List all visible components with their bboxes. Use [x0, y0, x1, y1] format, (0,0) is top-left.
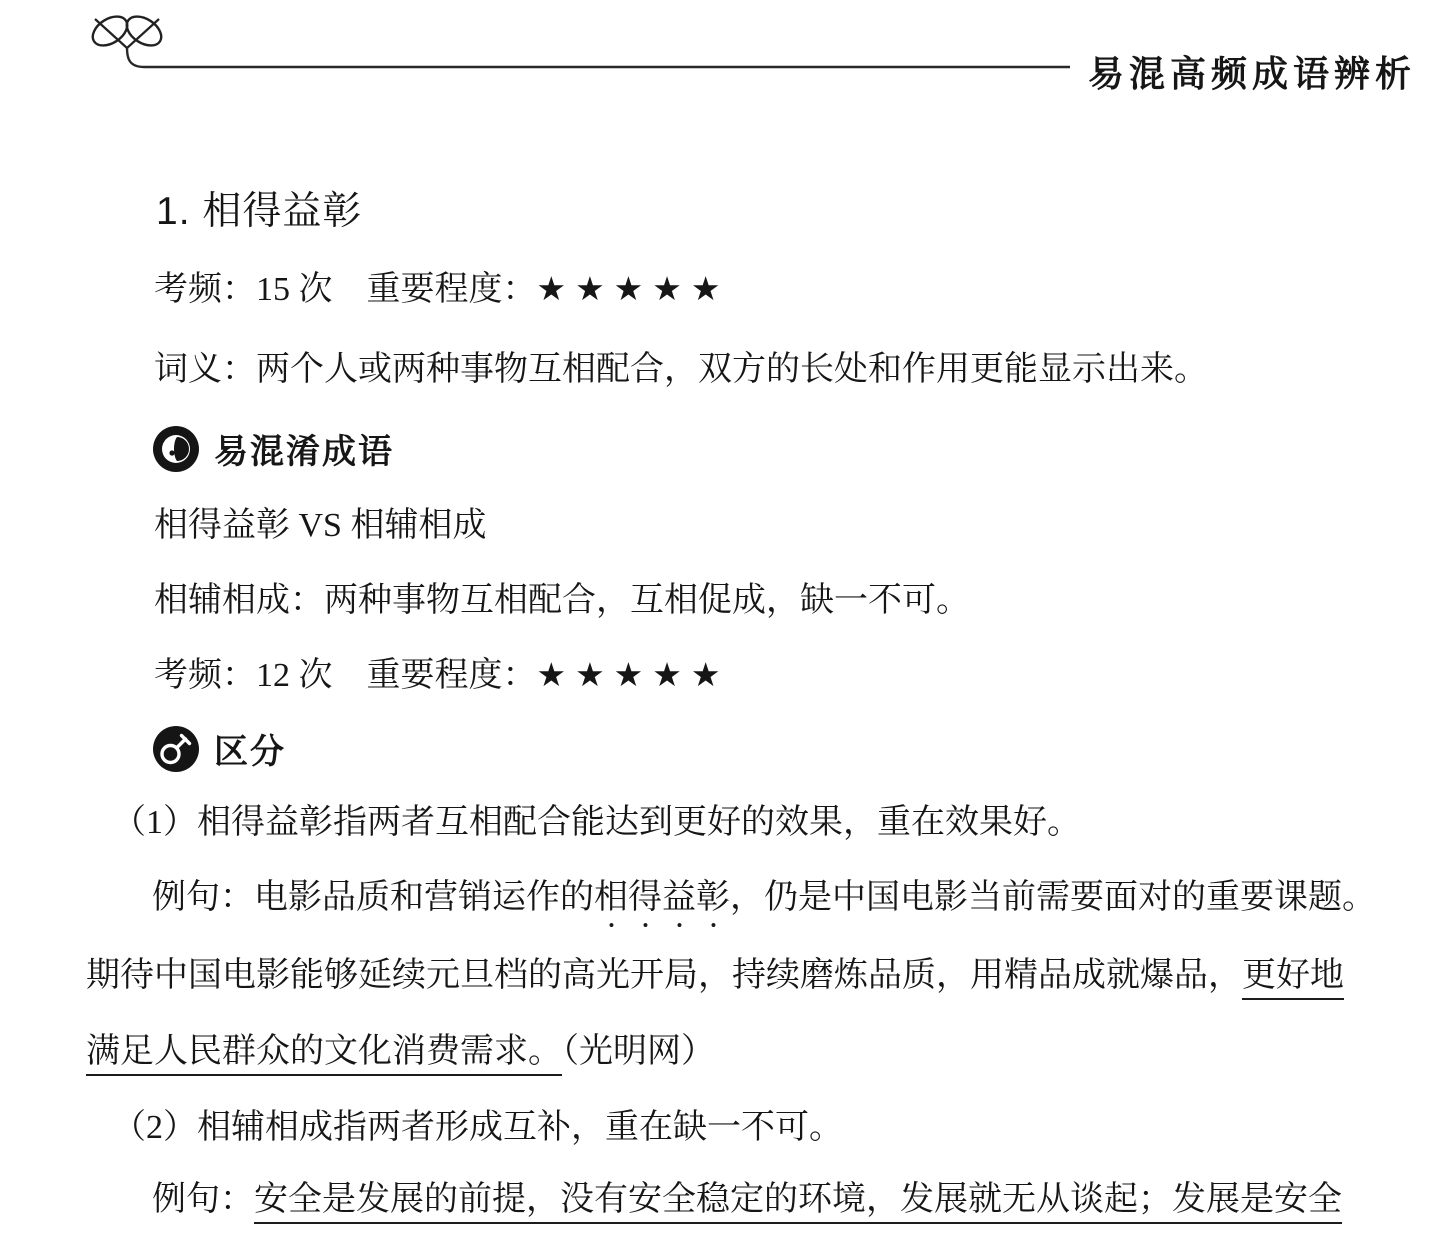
example-1-text-c: ，仍是中国电影当前需要面对的重要课题。 [730, 879, 1376, 916]
entry-title: 1. 相得益彰 [156, 180, 362, 236]
frequency-line-1: 考频：15 次 重要程度：★★★★★ [154, 267, 729, 313]
example-1-line-1: 例句：电影品质和营销运作的相得益彰，仍是中国电影当前需要面对的重要课题。 [152, 875, 1376, 935]
clock-icon [152, 425, 200, 473]
example-1-line-3: 满足人民群众的文化消费需求。（光明网） [86, 1029, 715, 1075]
section-label-distinguish: 区分 [214, 724, 286, 773]
example-1-line-2: 期待中国电影能够延续元旦档的高光开局，持续磨炼品质，用精品成就爆品，更好地 [86, 953, 1344, 999]
example-2-underlined-text: 安全是发展的前提，没有安全稳定的环境，发展就无从谈起；发展是安全 [254, 1181, 1342, 1224]
vs-line: 相得益彰 VS 相辅相成 [154, 503, 486, 549]
sprout-icon [82, 8, 1082, 74]
distinction-point-2: （2）相辅相成指两者形成互补，重在缺一不可。 [112, 1105, 843, 1151]
section-header-confusable: 易混淆成语 [152, 424, 394, 473]
importance-stars-1: ★★★★★ [537, 272, 730, 308]
underlined-phrase-start: 更好地 [1242, 957, 1344, 1000]
example-2-label: 例句： [152, 1181, 254, 1218]
importance-stars-2: ★★★★★ [537, 658, 730, 694]
section-header-distinguish: 区分 [152, 724, 286, 773]
other-idiom-definition: 相辅相成：两种事物互相配合，互相促成，缺一不可。 [154, 578, 970, 624]
distinction-point-1: （1）相得益彰指两者互相配合能达到更好的效果，重在效果好。 [112, 800, 1081, 846]
frequency-line-2: 考频：12 次 重要程度：★★★★★ [154, 653, 729, 699]
section-label-confusable: 易混淆成语 [214, 424, 394, 473]
book-page: 易混高频成语辨析 1. 相得益彰 考频：15 次 重要程度：★★★★★ 词义：两… [0, 0, 1450, 1234]
page-header: 易混高频成语辨析 [1088, 46, 1416, 97]
underlined-phrase-end: 满足人民群众的文化消费需求。 [86, 1033, 562, 1076]
example-2-line-1: 例句：安全是发展的前提，没有安全稳定的环境，发展就无从谈起；发展是安全 [152, 1177, 1342, 1223]
example-1-text-d: 期待中国电影能够延续元旦档的高光开局，持续磨炼品质，用精品成就爆品， [86, 957, 1242, 994]
frequency-label-2: 考频：12 次 重要程度： [154, 657, 537, 694]
source-attribution: （光明网） [562, 1033, 715, 1070]
emphasized-idiom: 相得益彰 [594, 879, 730, 916]
meaning-line: 词义：两个人或两种事物互相配合，双方的长处和作用更能显示出来。 [154, 347, 1208, 393]
magnifier-icon [152, 725, 200, 773]
frequency-label-1: 考频：15 次 重要程度： [154, 271, 537, 308]
example-1-text-a: 例句：电影品质和营销运作的 [152, 879, 594, 916]
